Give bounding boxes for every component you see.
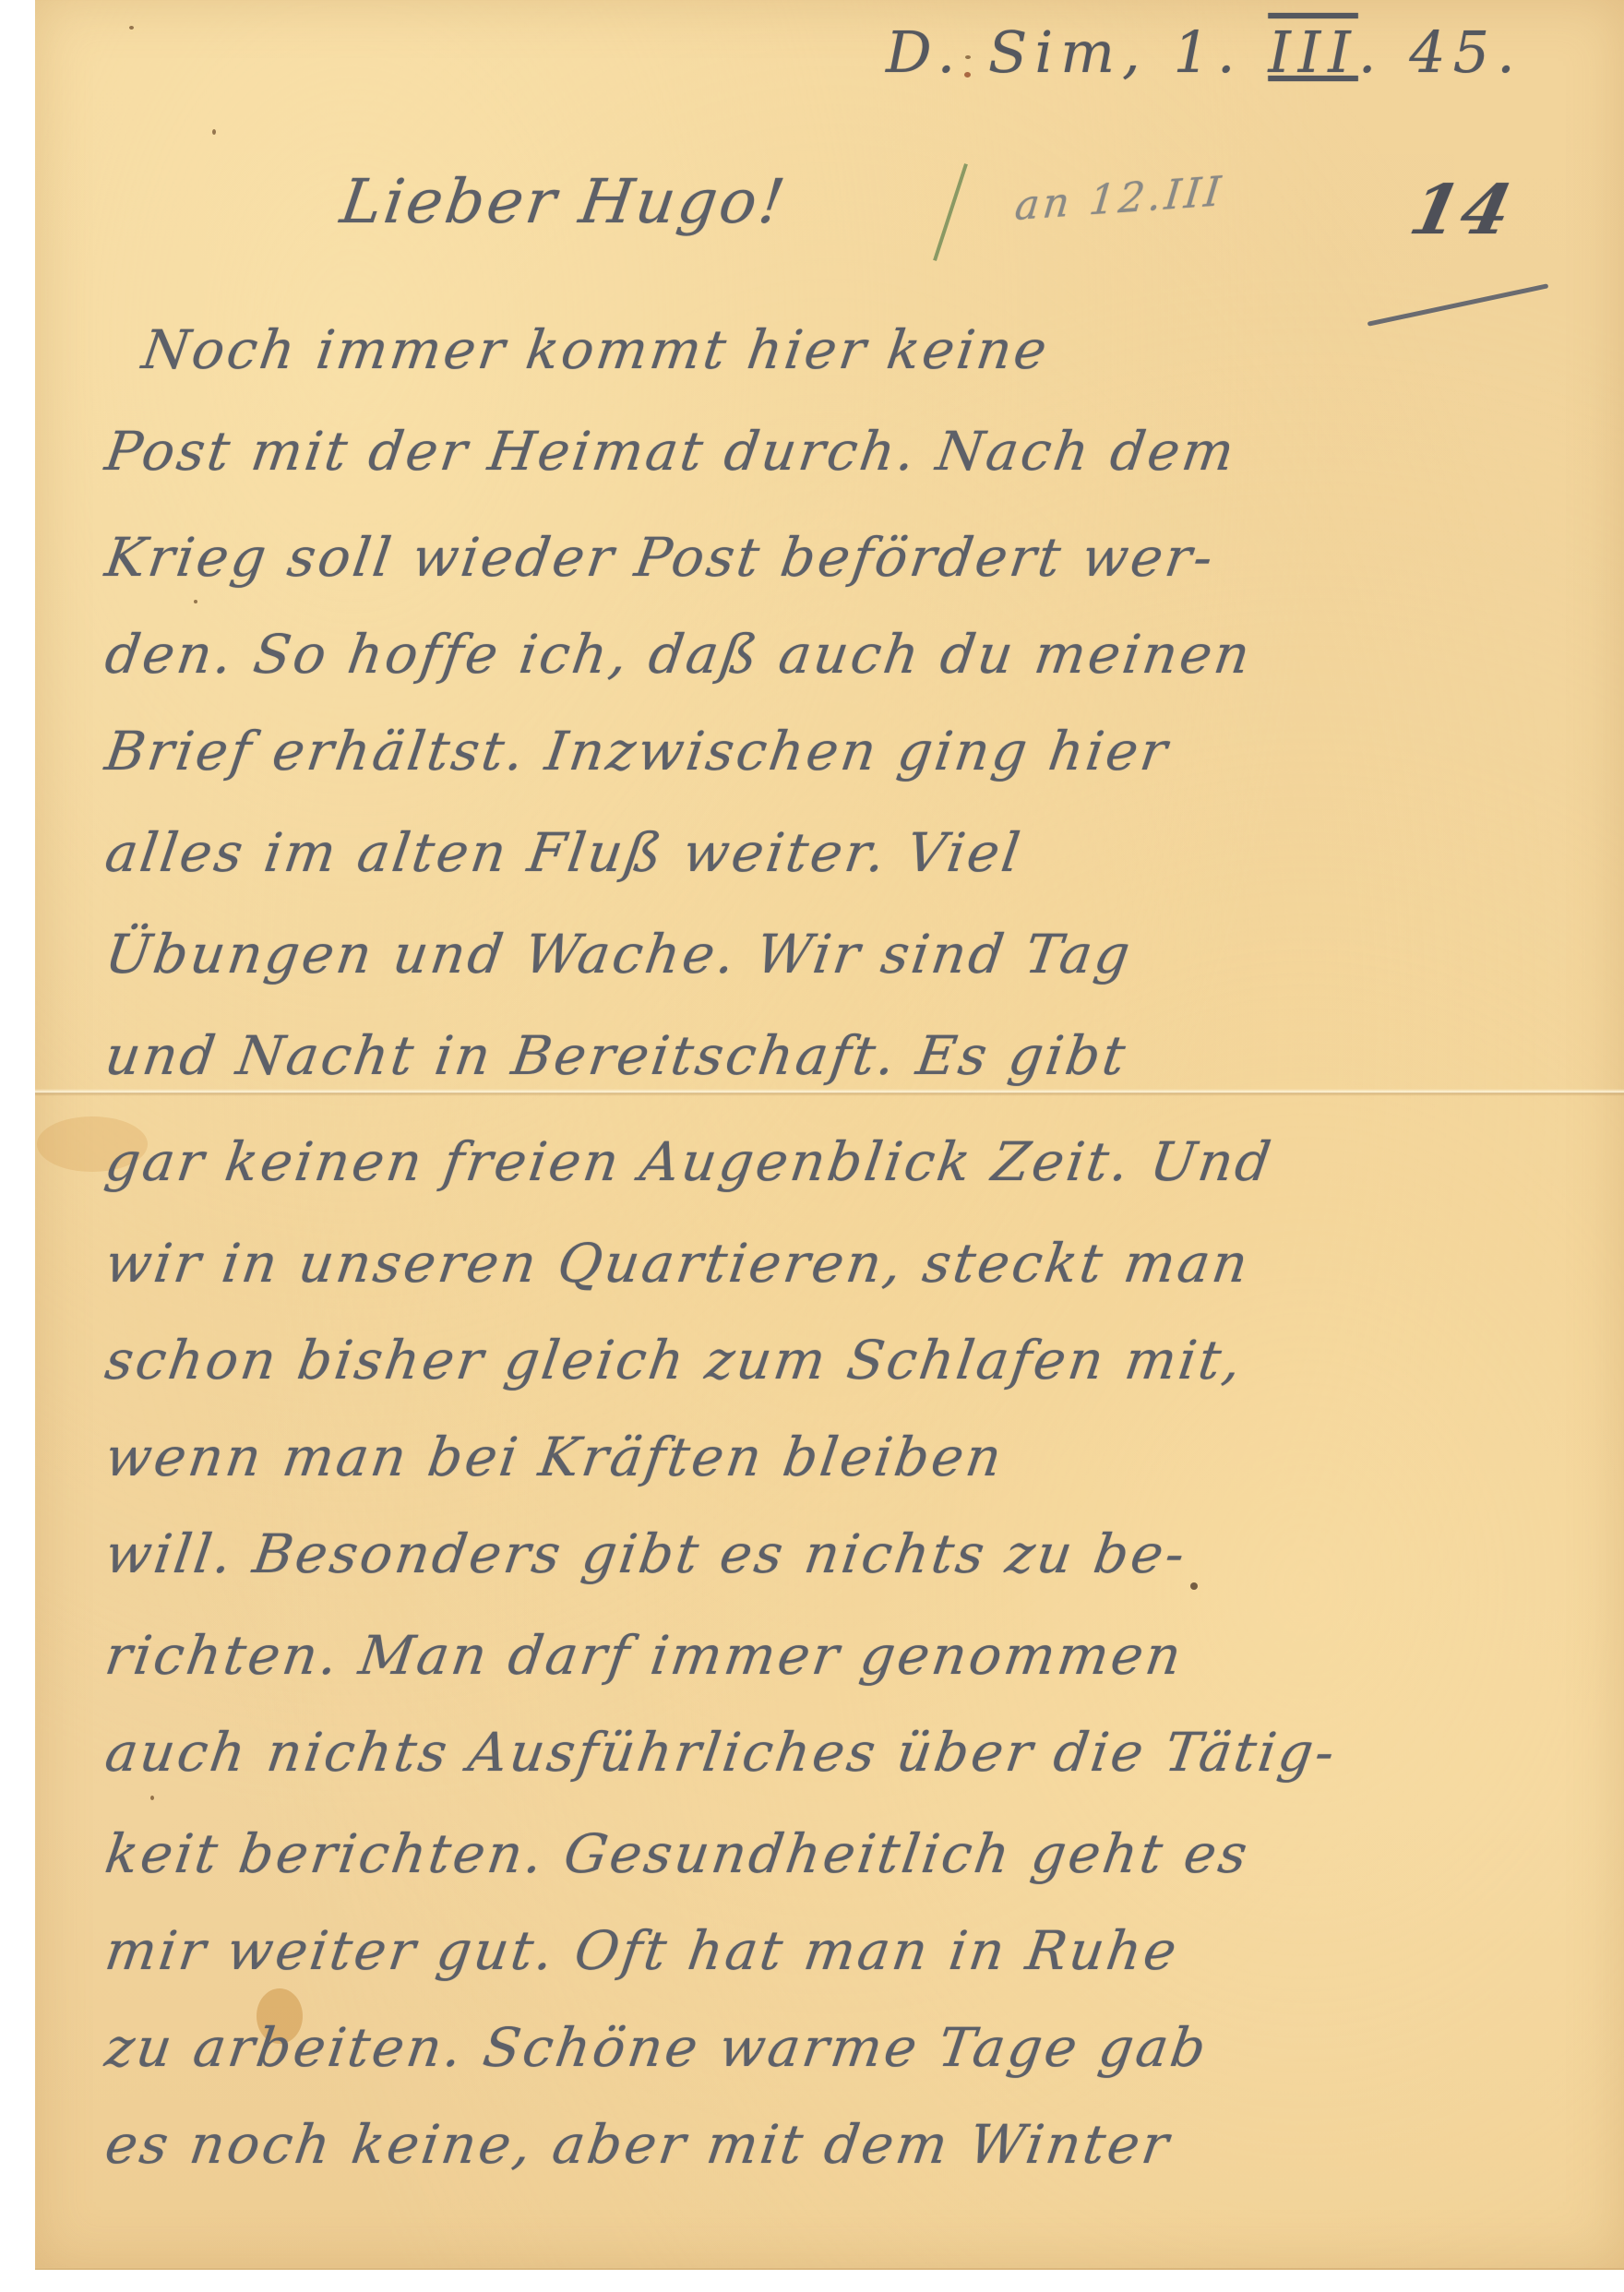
body-line: es noch keine, aber mit dem Winter	[101, 2113, 1175, 2176]
body-line: auch nichts Ausführliches über die Tätig…	[101, 1721, 1341, 1784]
paper-speck	[212, 129, 216, 135]
paper-fold-crease	[35, 1089, 1624, 1096]
body-line: will. Besonders gibt es nichts zu be-	[101, 1522, 1191, 1585]
date-month: III	[1268, 18, 1357, 86]
body-line: alles im alten Fluß weiter. Viel	[101, 821, 1026, 884]
body-line: Noch immer kommt hier keine	[138, 318, 1053, 381]
body-line: und Nacht in Bereitschaft. Es gibt	[101, 1024, 1131, 1087]
body-line: Krieg soll wieder Post befördert wer-	[101, 526, 1219, 589]
salutation: Lieber Hugo!	[337, 166, 792, 237]
date-year: . 45.	[1358, 18, 1522, 86]
letter-number: 14	[1403, 171, 1521, 250]
paper-speck	[150, 1796, 154, 1800]
body-line: richten. Man darf immer genommen	[101, 1624, 1188, 1687]
body-line: Übungen und Wache. Wir sind Tag	[101, 923, 1136, 985]
body-line: wir in unseren Quartieren, steckt man	[101, 1232, 1254, 1295]
paper-speck	[129, 26, 134, 30]
body-line: Brief erhältst. Inzwischen ging hier	[101, 720, 1174, 782]
body-line: Post mit der Heimat durch. Nach dem	[101, 420, 1240, 483]
paper-speck	[194, 600, 197, 603]
date-place: D. Sim,	[886, 18, 1148, 86]
letter-date: D. Sim, 1. III. 45.	[886, 18, 1522, 86]
paper-speck	[1190, 1582, 1198, 1590]
body-line: zu arbeiten. Schöne warme Tage gab	[101, 2016, 1212, 2079]
body-line: keit berichten. Gesundheitlich geht es	[101, 1822, 1254, 1885]
body-line: schon bisher gleich zum Schlafen mit,	[101, 1329, 1248, 1391]
body-line: wenn man bei Kräften bleiben	[101, 1426, 1008, 1488]
body-line: gar keinen freien Augenblick Zeit. Und	[101, 1130, 1277, 1193]
body-line: den. So hoffe ich, daß auch du meinen	[101, 623, 1256, 686]
body-line: mir weiter gut. Oft hat man in Ruhe	[101, 1919, 1183, 1982]
date-day: 1.	[1173, 18, 1242, 86]
